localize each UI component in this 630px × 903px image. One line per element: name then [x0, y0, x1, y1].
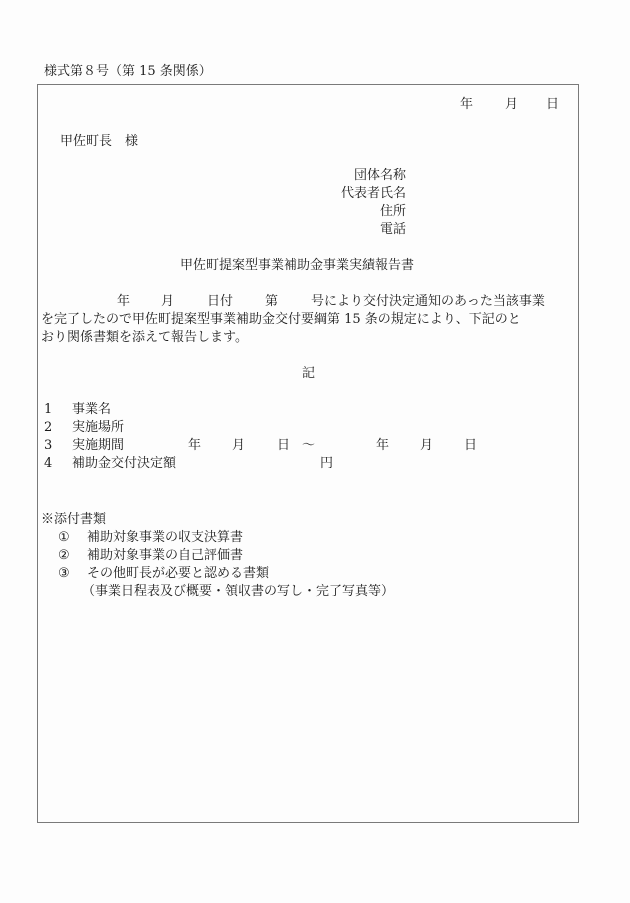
attachment-2-text: 補助対象事業の自己評価書 [87, 548, 243, 564]
item-4-label: 補助金交付決定額 [72, 456, 176, 472]
ki-heading: 記 [302, 366, 315, 382]
attachment-3-mark: ③ [58, 566, 70, 582]
date-year: 年 [460, 97, 473, 113]
phone-label: 電話 [380, 222, 406, 238]
period-end-month: 月 [420, 438, 433, 454]
item-2-label: 実施場所 [72, 420, 124, 436]
body-year: 年 [117, 294, 130, 310]
group-name-label: 団体名称 [354, 168, 406, 184]
attachments-heading: ※添付書類 [41, 512, 106, 528]
date-day: 日 [546, 97, 559, 113]
period-end-day: 日 [464, 438, 477, 454]
attachment-1-mark: ① [58, 530, 70, 546]
addressee: 甲佐町長 様 [60, 134, 138, 150]
item-4-num: 4 [44, 456, 52, 472]
period-start-year: 年 [188, 438, 201, 454]
body-number-prefix: 第 [265, 294, 278, 310]
item-3-num: 3 [44, 438, 52, 454]
item-1-num: 1 [44, 402, 52, 418]
attachment-note: （事業日程表及び概要・領収書の写し・完了写真等） [82, 584, 394, 600]
body-date-suffix: 日付 [207, 294, 233, 310]
date-month: 月 [505, 97, 518, 113]
form-number-label: 様式第８号（第 15 条関係） [44, 64, 212, 80]
period-tilde: ～ [302, 438, 315, 454]
body-month: 月 [161, 294, 174, 310]
document-title: 甲佐町提案型事業補助金事業実績報告書 [180, 258, 414, 274]
body-line2: を完了したので甲佐町提案型事業補助金交付要綱第 15 条の規定により、下記のと [41, 312, 521, 328]
item-3-label: 実施期間 [72, 438, 124, 454]
item-2-num: 2 [44, 420, 52, 436]
attachment-1-text: 補助対象事業の収支決算書 [87, 530, 243, 546]
item-1-label: 事業名 [72, 402, 111, 418]
representative-label: 代表者氏名 [341, 186, 406, 202]
period-end-year: 年 [376, 438, 389, 454]
amount-yen-unit: 円 [320, 456, 333, 472]
body-line1-rest: 号により交付決定通知のあった当該事業 [311, 294, 545, 310]
address-label: 住所 [380, 204, 406, 220]
period-start-month: 月 [232, 438, 245, 454]
body-line3: おり関係書類を添えて報告します。 [41, 330, 248, 346]
attachment-2-mark: ② [58, 548, 70, 564]
attachment-3-text: その他町長が必要と認める書類 [87, 566, 269, 582]
period-start-day: 日 [277, 438, 290, 454]
